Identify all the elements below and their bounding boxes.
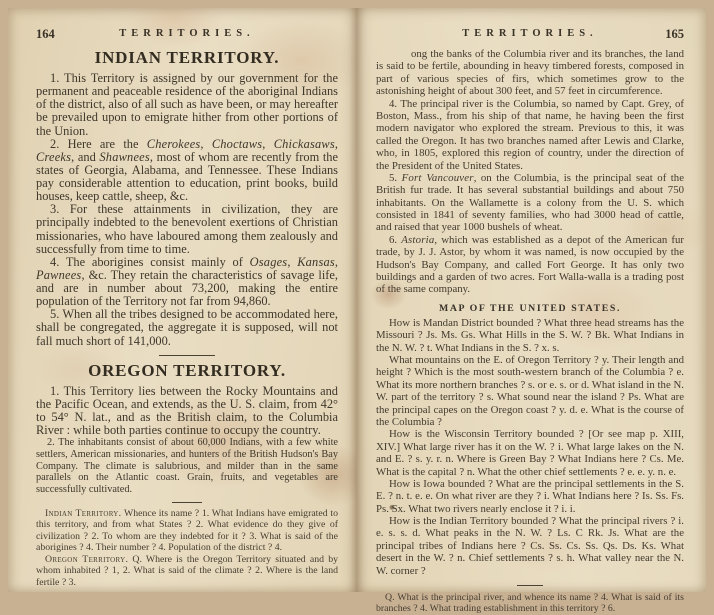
- paragraph: 2. The inhabitants consist of about 60,0…: [36, 437, 338, 496]
- left-footnotes: Indian Territory. Whence its name ? 1. W…: [36, 508, 338, 588]
- map-questions-body: How is Mandan District bounded ? What th…: [376, 317, 684, 577]
- oregon-territory-small-body: 2. The inhabitants consist of about 60,0…: [36, 437, 338, 496]
- page-header-left: 164 TERRITORIES.: [36, 28, 338, 43]
- indian-territory-body: 1. This Territory is assigned by our gov…: [36, 72, 338, 348]
- paragraph: 5. When all the tribes designed to be ac…: [36, 308, 338, 347]
- paragraph: 4. The principal river is the Columbia, …: [376, 98, 684, 172]
- oregon-territory-body: 1. This Territory lies between the Rocky…: [36, 385, 338, 438]
- page-header-right: TERRITORIES. 165: [376, 28, 684, 43]
- paragraph-continuation: ong the banks of the Columbia river and …: [376, 48, 684, 98]
- footnote-divider-rule: [172, 502, 202, 503]
- running-head-left: TERRITORIES.: [36, 28, 338, 39]
- question-paragraph: How is the Indian Territory bounded ? Wh…: [376, 515, 684, 577]
- running-head-right: TERRITORIES.: [376, 28, 684, 39]
- paragraph: 1. This Territory lies between the Rocky…: [36, 385, 338, 438]
- oregon-territory-continued-body: ong the banks of the Columbia river and …: [376, 48, 684, 296]
- paragraph: 6. Astoria, which was established as a d…: [376, 234, 684, 296]
- paragraph: 3. For these attainments in civilization…: [36, 203, 338, 256]
- right-footnote: Q. What is the principal river, and when…: [376, 592, 684, 600]
- section-title-oregon-territory: OREGON TERRITORY.: [36, 361, 338, 381]
- page-number-right: 165: [665, 27, 684, 42]
- paragraph: 5. Fort Vancouver, on the Columbia, is t…: [376, 172, 684, 234]
- question-paragraph: How is Mandan District bounded ? What th…: [376, 317, 684, 354]
- footnote-question: Q. What is the principal river, and when…: [376, 592, 684, 600]
- map-of-united-states-heading: MAP OF THE UNITED STATES.: [376, 303, 684, 314]
- right-footnote-divider-rule: [517, 585, 543, 586]
- page-left: 164 TERRITORIES. INDIAN TERRITORY. 1. Th…: [8, 8, 357, 592]
- footnote-indian-territory: Indian Territory. Whence its name ? 1. W…: [36, 508, 338, 554]
- question-paragraph: How is Iowa bounded ? What are the princ…: [376, 478, 684, 515]
- section-divider-rule: [159, 355, 215, 356]
- page-right: TERRITORIES. 165 ong the banks of the Co…: [357, 8, 706, 592]
- paragraph: 1. This Territory is assigned by our gov…: [36, 72, 338, 138]
- paragraph: 4. The aborigines consist mainly of Osag…: [36, 256, 338, 309]
- book-spread: 164 TERRITORIES. INDIAN TERRITORY. 1. Th…: [8, 8, 706, 592]
- question-paragraph: What mountains on the E. of Oregon Terri…: [376, 354, 684, 428]
- section-title-indian-territory: INDIAN TERRITORY.: [36, 48, 338, 68]
- question-paragraph: How is the Wisconsin Territory bounded ?…: [376, 428, 684, 478]
- paragraph: 2. Here are the Cherokees, Choctaws, Chi…: [36, 138, 338, 204]
- footnote-oregon-territory: Oregon Territory. Q. Where is the Oregon…: [36, 554, 338, 588]
